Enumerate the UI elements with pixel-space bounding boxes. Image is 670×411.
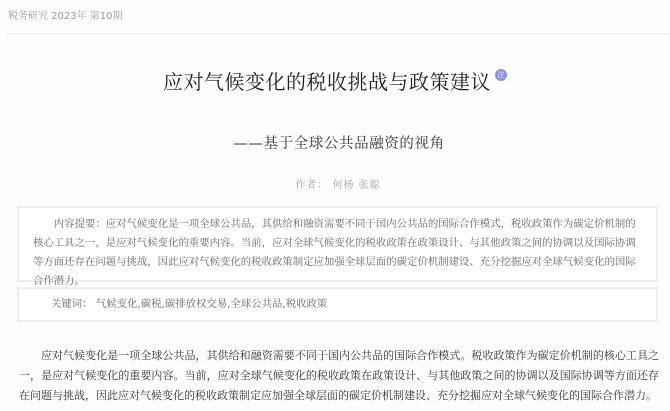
article-title: 应对气候变化的税收挑战与政策建议 bbox=[163, 66, 491, 95]
article-subtitle: ——基于全球公共品融资的视角 bbox=[0, 132, 670, 153]
body-paragraph: 应对气候变化是一项全球公共品，其供给和融资需要不同于国内公共品的国际合作模式。税… bbox=[19, 346, 659, 406]
article-title-row: 应对气候变化的税收挑战与政策建议注 bbox=[0, 66, 670, 95]
journal-issue-label: 税务研究 2023年 第10期 bbox=[8, 7, 123, 22]
article-authors: 作者： 何杨 张聪 bbox=[0, 176, 670, 191]
footnote-badge-icon[interactable]: 注 bbox=[495, 69, 507, 81]
keywords-text: 关键词： 气候变化,碳税,碳排放权交易,全球公共品,税收政策 bbox=[51, 298, 327, 310]
header-divider bbox=[6, 33, 670, 34]
abstract-box: 内容提要：应对气候变化是一项全球公共品，其供给和融资需要不同于国内公共品的国际合… bbox=[17, 206, 658, 282]
keywords-box: 关键词： 气候变化,碳税,碳排放权交易,全球公共品,税收政策 bbox=[17, 287, 658, 322]
abstract-text: 内容提要：应对气候变化是一项全球公共品，其供给和融资需要不同于国内公共品的国际合… bbox=[33, 215, 642, 291]
